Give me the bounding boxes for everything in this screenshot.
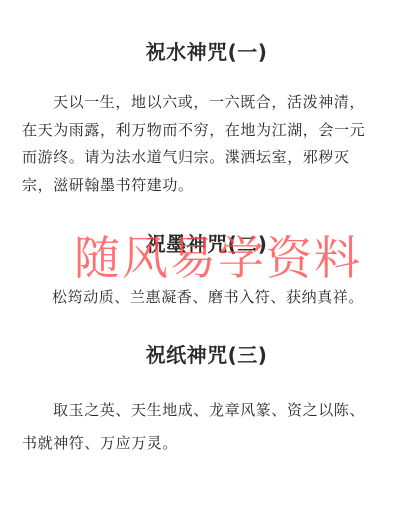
section-1-line-2: 在天为雨露，利万物而不穷，在地为江湖，会一元: [22, 117, 384, 145]
document-page: 祝水神咒(一) 天以一生，地以六或，一六既合，活泼神清， 在天为雨露，利万物而不…: [0, 0, 413, 506]
section-1-line-1: 天以一生，地以六或，一六既合，活泼神清，: [22, 89, 384, 117]
section-3-body: 取玉之英、天生地成、龙章风篆、资之以陈、 书就神符、万应万灵。: [22, 397, 384, 457]
section-3-line-1: 取玉之英、天生地成、龙章风篆、资之以陈、: [22, 397, 384, 425]
section-1-body: 天以一生，地以六或，一六既合，活泼神清， 在天为雨露，利万物而不穷，在地为江湖，…: [22, 89, 384, 199]
watermark: 随风易学资料: [74, 228, 362, 288]
section-2-body: 松筠动质、兰惠凝香、磨书入符、获纳真祥。: [52, 284, 413, 312]
section-1-line-3: 而游终。请为法水道气归宗。渫洒坛室，邪秽灭: [22, 144, 384, 172]
section-1-heading: 祝水神咒(一): [0, 40, 413, 64]
section-2-line-1: 松筠动质、兰惠凝香、磨书入符、获纳真祥。: [52, 284, 413, 312]
section-1-line-4: 宗，滋研翰墨书符建功。: [22, 172, 384, 200]
section-3-heading: 祝纸神咒(三): [0, 343, 413, 367]
section-3-line-2: 书就神符、万应万灵。: [22, 430, 384, 458]
